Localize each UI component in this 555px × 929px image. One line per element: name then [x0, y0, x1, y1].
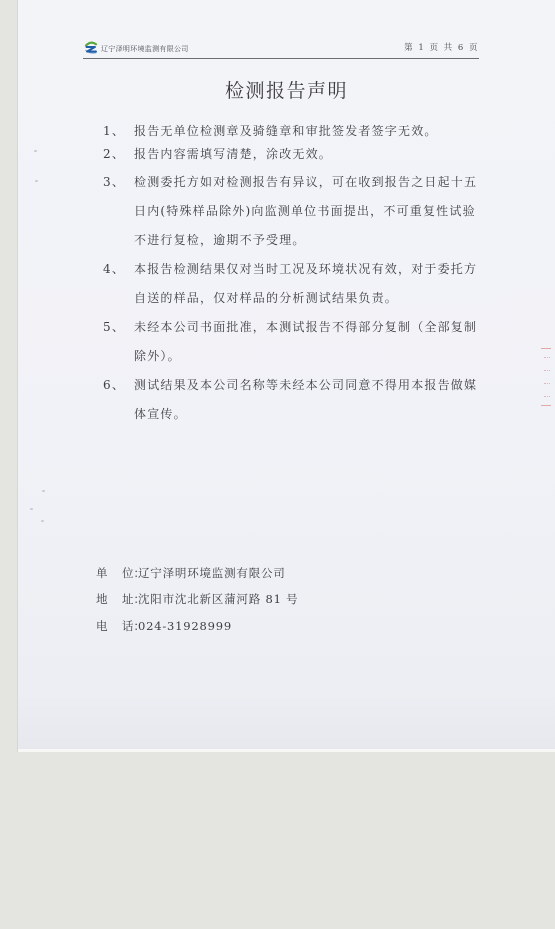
clause-number: 4、 [103, 260, 134, 277]
clause-text: 报告无单位检测章及骑缝章和审批签发者签字无效。 [134, 124, 438, 138]
clause-text: 报告内容需填写清楚，涂改无效。 [134, 147, 332, 161]
contact-phone-label: 电话： [96, 618, 138, 634]
clause-4: 4、本报告检测结果仅对当时工况及环境状况有效，对于委托方 [103, 260, 477, 277]
clause-5: 5、未经本公司书面批准，本测试报告不得部分复制（全部复制 [103, 318, 477, 335]
contact-unit-label: 单位： [96, 565, 138, 581]
paper-speck [30, 508, 33, 510]
clause-number: 5、 [103, 318, 134, 335]
contact-address: 地址：沈阳市沈北新区蒲河路 81 号 [96, 591, 298, 607]
page-title: 检测报告声明 [18, 76, 555, 103]
clause-number: 2、 [103, 145, 134, 162]
paper-speck [35, 180, 38, 182]
contact-phone-value: 024-31928999 [138, 619, 232, 633]
partial-seal-stamp [541, 348, 551, 406]
clause-3: 3、检测委托方如对检测报告有异议，可在收到报告之日起十五 [103, 173, 477, 190]
company-logo-icon [84, 41, 98, 54]
contact-phone: 电话：024-31928999 [96, 618, 232, 634]
clause-text: 检测委托方如对检测报告有异议，可在收到报告之日起十五 [134, 175, 477, 189]
clause-1: 1、报告无单位检测章及骑缝章和审批签发者签字无效。 [103, 122, 438, 139]
clause-3-line-3: 不进行复检，逾期不予受理。 [103, 231, 306, 248]
document-page: 辽宁泽明环境监测有限公司 第 1 页 共 6 页 检测报告声明 1、报告无单位检… [18, 0, 555, 752]
paper-speck [41, 520, 44, 522]
paper-speck [34, 150, 37, 152]
clause-text: 测试结果及本公司名称等未经本公司同意不得用本报告做媒 [134, 378, 477, 392]
clause-number: 1、 [103, 122, 134, 139]
contact-unit: 单位：辽宁泽明环境监测有限公司 [96, 565, 286, 581]
contact-address-value: 沈阳市沈北新区蒲河路 81 号 [138, 592, 298, 606]
clause-text: 本报告检测结果仅对当时工况及环境状况有效，对于委托方 [134, 262, 477, 276]
contact-unit-value: 辽宁泽明环境监测有限公司 [138, 566, 286, 580]
clause-4-line-2: 自送的样品，仅对样品的分析测试结果负责。 [103, 289, 398, 306]
clause-text: 未经本公司书面批准，本测试报告不得部分复制（全部复制 [134, 320, 477, 334]
paper-speck [42, 490, 45, 492]
clause-6: 6、测试结果及本公司名称等未经本公司同意不得用本报告做媒 [103, 376, 477, 393]
contact-address-label: 地址： [96, 591, 138, 607]
page-counter: 第 1 页 共 6 页 [404, 41, 479, 53]
clause-number: 3、 [103, 173, 134, 190]
clause-3-line-2: 日内(特殊样品除外)向监测单位书面提出，不可重复性试验 [103, 202, 476, 219]
page-header: 辽宁泽明环境监测有限公司 第 1 页 共 6 页 [83, 40, 479, 59]
clause-6-line-2: 体宣传。 [103, 405, 187, 422]
clause-number: 6、 [103, 376, 134, 393]
header-company-name: 辽宁泽明环境监测有限公司 [101, 44, 189, 54]
clause-2: 2、报告内容需填写清楚，涂改无效。 [103, 145, 332, 162]
clause-5-line-2: 除外）。 [103, 347, 181, 364]
